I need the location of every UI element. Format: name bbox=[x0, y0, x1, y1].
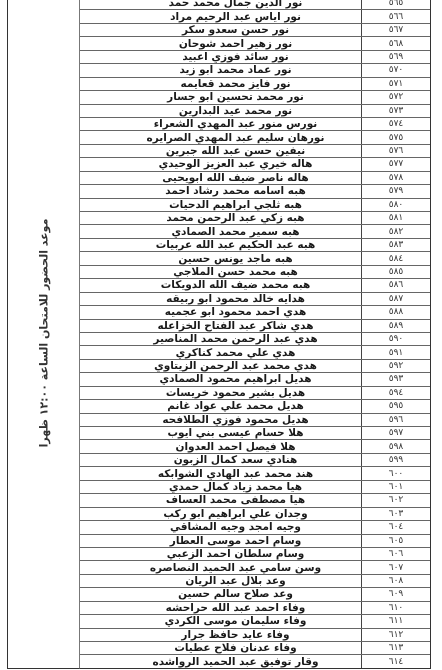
serial-number-cell: ٦٠٥ bbox=[361, 535, 430, 547]
student-name-cell: وعد بلال عبد الريان bbox=[80, 575, 361, 587]
student-name-cell: هدي محمد عبد الرحمن الزيتاوي bbox=[80, 360, 361, 372]
student-name-cell: هبه زكي عبد الرحمن محمد bbox=[80, 212, 361, 224]
serial-number-cell: ٥٩٥ bbox=[361, 400, 430, 412]
table-row: هدي علي محمد كناكري٥٩١ bbox=[80, 345, 430, 358]
student-name-cell: نور اياس عبد الرحيم مراد bbox=[80, 10, 361, 22]
serial-number-cell: ٥٧٦ bbox=[361, 145, 430, 157]
table-row: نور زهير احمد شوحان٥٦٨ bbox=[80, 36, 430, 49]
serial-number-cell: ٥٨٦ bbox=[361, 279, 430, 291]
student-name-cell: نور الدين جمال محمد حمد bbox=[80, 0, 361, 9]
student-name-cell: نورهان سليم عبد المهدي الصرايره bbox=[80, 131, 361, 143]
student-name-cell: هدي عبد الرحمن محمد المناصير bbox=[80, 333, 361, 345]
table-row: نور الدين جمال محمد حمد٥٦٥ bbox=[80, 0, 430, 9]
student-name-cell: نور حسن سعدو سكر bbox=[80, 24, 361, 36]
student-name-cell: هلا حسام عيسى بني ايوب bbox=[80, 427, 361, 439]
serial-number-cell: ٦٠٤ bbox=[361, 521, 430, 533]
serial-number-cell: ٥٧٥ bbox=[361, 131, 430, 143]
table-row: هيا مصطفى محمد العساف٦٠٢ bbox=[80, 493, 430, 506]
student-name-cell: هبه سمير محمد الصمادي bbox=[80, 225, 361, 237]
table-row: هند محمد عبد الهادي الشوابكه٦٠٠ bbox=[80, 466, 430, 479]
student-name-cell: هبه عبد الحكيم عبد الله عربيات bbox=[80, 239, 361, 251]
table-row: وفاء عدنان فلاح عطيات٦١٣ bbox=[80, 641, 430, 654]
serial-number-cell: ٦١٤ bbox=[361, 655, 430, 667]
student-name-cell: وجدان علي ابراهيم ابو ركب bbox=[80, 508, 361, 520]
serial-number-cell: ٥٧٧ bbox=[361, 158, 430, 170]
table-row: نور اياس عبد الرحيم مراد٥٦٦ bbox=[80, 9, 430, 22]
serial-number-cell: ٦١٠ bbox=[361, 602, 430, 614]
table-row: هدي شاكر عبد الفتاح الخزاعله٥٨٩ bbox=[80, 319, 430, 332]
serial-number-cell: ٦١٢ bbox=[361, 629, 430, 641]
serial-number-cell: ٦٠٢ bbox=[361, 494, 430, 506]
serial-number-cell: ٥٩٧ bbox=[361, 427, 430, 439]
student-name-cell: وعد صلاح سالم حسين bbox=[80, 588, 361, 600]
student-name-cell: نورس منور عبد المهدي الشعراء bbox=[80, 118, 361, 130]
student-name-cell: هبه ماجد يونس حسين bbox=[80, 252, 361, 264]
side-note-box: موعد الحضور للامتحان الساعة ١٢:٠٠ ظهرا bbox=[7, 0, 80, 669]
table-row: هدي عبد الرحمن محمد المناصير٥٩٠ bbox=[80, 332, 430, 345]
serial-number-cell: ٥٧١ bbox=[361, 78, 430, 90]
table-row: نور عماد محمد ابو زيد٥٧٠ bbox=[80, 63, 430, 76]
table-row: هاله خيري عبد العزيز الوحيدي٥٧٧ bbox=[80, 157, 430, 170]
student-name-cell: وسام احمد موسى العطار bbox=[80, 535, 361, 547]
student-name-cell: هدي علي محمد كناكري bbox=[80, 346, 361, 358]
table-row: نورهان سليم عبد المهدي الصرايره٥٧٥ bbox=[80, 130, 430, 143]
table-row: وسام احمد موسى العطار٦٠٥ bbox=[80, 534, 430, 547]
student-name-cell: نور زهير احمد شوحان bbox=[80, 37, 361, 49]
student-name-cell: نور فايز محمد قعايمه bbox=[80, 78, 361, 90]
serial-number-cell: ٥٨٩ bbox=[361, 320, 430, 332]
serial-number-cell: ٥٩٨ bbox=[361, 440, 430, 452]
table-row: نور محمد عيد البدارين٥٧٣ bbox=[80, 104, 430, 117]
table-row: وجدان علي ابراهيم ابو ركب٦٠٣ bbox=[80, 507, 430, 520]
table-row: نور سائد فوزي اعبيد٥٦٩ bbox=[80, 50, 430, 63]
table-row: نور محمد تحسين ابو جسار٥٧٢ bbox=[80, 90, 430, 103]
serial-number-cell: ٥٩٢ bbox=[361, 360, 430, 372]
serial-number-cell: ٥٦٨ bbox=[361, 37, 430, 49]
serial-number-cell: ٦٠٨ bbox=[361, 575, 430, 587]
serial-number-cell: ٥٨٣ bbox=[361, 239, 430, 251]
table-row: هيا محمد زياد كمال حمدي٦٠١ bbox=[80, 480, 430, 493]
serial-number-cell: ٥٨٤ bbox=[361, 252, 430, 264]
student-name-cell: هند محمد عبد الهادي الشوابكه bbox=[80, 467, 361, 479]
serial-number-cell: ٥٨٠ bbox=[361, 199, 430, 211]
table-row: هلا حسام عيسى بني ايوب٥٩٧ bbox=[80, 426, 430, 439]
table-row: هدايه خالد محمود ابو ربيقه٥٨٧ bbox=[80, 292, 430, 305]
serial-number-cell: ٥٩٤ bbox=[361, 387, 430, 399]
serial-number-cell: ٦١٣ bbox=[361, 642, 430, 654]
table-row: هلا فيصل احمد العدوان٥٩٨ bbox=[80, 439, 430, 452]
serial-number-cell: ٥٧٣ bbox=[361, 105, 430, 117]
document-sheet: موعد الحضور للامتحان الساعة ١٢:٠٠ ظهرا ن… bbox=[7, 0, 431, 669]
student-name-cell: نور محمد تحسين ابو جسار bbox=[80, 91, 361, 103]
table-row: وفاء سليمان موسى الكردي٦١١ bbox=[80, 614, 430, 627]
serial-number-cell: ٥٦٦ bbox=[361, 10, 430, 22]
student-name-cell: هلا فيصل احمد العدوان bbox=[80, 440, 361, 452]
student-name-cell: هنادي سعد كمال الزبون bbox=[80, 454, 361, 466]
student-name-cell: هديل محمود فوزي الطلافحه bbox=[80, 414, 361, 426]
student-name-cell: هاله خيري عبد العزيز الوحيدي bbox=[80, 158, 361, 170]
table-row: وعد بلال عبد الريان٦٠٨ bbox=[80, 574, 430, 587]
table-row: هبه زكي عبد الرحمن محمد٥٨١ bbox=[80, 211, 430, 224]
table-row: نور فايز محمد قعايمه٥٧١ bbox=[80, 77, 430, 90]
student-name-cell: هبه محمد ضيف الله الدويكات bbox=[80, 279, 361, 291]
table-row: هبه ماجد يونس حسين٥٨٤ bbox=[80, 251, 430, 264]
serial-number-cell: ٥٧٨ bbox=[361, 172, 430, 184]
student-name-cell: هدي احمد محمود ابو عجميه bbox=[80, 306, 361, 318]
attendance-time-note: موعد الحضور للامتحان الساعة ١٢:٠٠ ظهرا bbox=[37, 218, 50, 447]
serial-number-cell: ٥٩٠ bbox=[361, 333, 430, 345]
table-row: هبه اسامه محمد رشاد احمد٥٧٩ bbox=[80, 184, 430, 197]
student-name-cell: هبه محمد حسن الملاجي bbox=[80, 266, 361, 278]
serial-number-cell: ٦٠٩ bbox=[361, 588, 430, 600]
student-name-cell: نيفين حسن عبد الله جبرين bbox=[80, 145, 361, 157]
table-row: هنادي سعد كمال الزبون٥٩٩ bbox=[80, 453, 430, 466]
table-row: هبه محمد حسن الملاجي٥٨٥ bbox=[80, 265, 430, 278]
student-name-cell: وفاء سليمان موسى الكردي bbox=[80, 615, 361, 627]
serial-number-cell: ٥٩٦ bbox=[361, 414, 430, 426]
student-name-cell: وسام سلطان احمد الزعبي bbox=[80, 548, 361, 560]
table-row: هديل ابراهيم محمود الصمادي٥٩٣ bbox=[80, 372, 430, 385]
serial-number-cell: ٦٠٣ bbox=[361, 508, 430, 520]
serial-number-cell: ٥٧٤ bbox=[361, 118, 430, 130]
serial-number-cell: ٥٩٣ bbox=[361, 373, 430, 385]
serial-number-cell: ٥٨٨ bbox=[361, 306, 430, 318]
student-name-cell: وسن سامي عبد الحميد النصاصره bbox=[80, 561, 361, 573]
table-row: وعد صلاح سالم حسين٦٠٩ bbox=[80, 587, 430, 600]
student-name-cell: هديل بشير محمود خريسات bbox=[80, 387, 361, 399]
student-name-cell: وفاء عايد حافظ جرار bbox=[80, 629, 361, 641]
serial-number-cell: ٦٠٠ bbox=[361, 467, 430, 479]
table-row: وقار توفيق عبد الحميد الرواشده٦١٤ bbox=[80, 654, 430, 667]
student-name-cell: هبه اسامه محمد رشاد احمد bbox=[80, 185, 361, 197]
student-name-cell: وفاء عدنان فلاح عطيات bbox=[80, 642, 361, 654]
table-row: وجيه امجد وجيه المشاقي٦٠٤ bbox=[80, 520, 430, 533]
student-name-cell: هيا محمد زياد كمال حمدي bbox=[80, 481, 361, 493]
student-name-cell: نور محمد عيد البدارين bbox=[80, 105, 361, 117]
table-row: هدي احمد محمود ابو عجميه٥٨٨ bbox=[80, 305, 430, 318]
student-name-cell: هاله ناصر ضيف الله ابويحيى bbox=[80, 172, 361, 184]
student-name-cell: نور عماد محمد ابو زيد bbox=[80, 64, 361, 76]
serial-number-cell: ٥٧٠ bbox=[361, 64, 430, 76]
table-row: هديل بشير محمود خريسات٥٩٤ bbox=[80, 386, 430, 399]
table-row: وسن سامي عبد الحميد النصاصره٦٠٧ bbox=[80, 560, 430, 573]
table-row: هديل محمود فوزي الطلافحه٥٩٦ bbox=[80, 413, 430, 426]
serial-number-cell: ٥٦٧ bbox=[361, 24, 430, 36]
serial-number-cell: ٥٨٢ bbox=[361, 225, 430, 237]
serial-number-cell: ٦٠١ bbox=[361, 481, 430, 493]
student-name-cell: هيا مصطفى محمد العساف bbox=[80, 494, 361, 506]
table-row: هبه ثلجي ابراهيم الدحيات٥٨٠ bbox=[80, 198, 430, 211]
serial-number-cell: ٥٩١ bbox=[361, 346, 430, 358]
table-row: وسام سلطان احمد الزعبي٦٠٦ bbox=[80, 547, 430, 560]
serial-number-cell: ٦١١ bbox=[361, 615, 430, 627]
table-row: نيفين حسن عبد الله جبرين٥٧٦ bbox=[80, 144, 430, 157]
serial-number-cell: ٥٦٩ bbox=[361, 51, 430, 63]
student-name-cell: وفاء احمد عبد الله حراحشه bbox=[80, 602, 361, 614]
table-row: هبه عبد الحكيم عبد الله عربيات٥٨٣ bbox=[80, 238, 430, 251]
student-name-cell: وجيه امجد وجيه المشاقي bbox=[80, 521, 361, 533]
serial-number-cell: ٥٧٢ bbox=[361, 91, 430, 103]
student-name-cell: هديل محمد علي عواد غانم bbox=[80, 400, 361, 412]
serial-number-cell: ٥٨٥ bbox=[361, 266, 430, 278]
table-row: نورس منور عبد المهدي الشعراء٥٧٤ bbox=[80, 117, 430, 130]
serial-number-cell: ٥٧٩ bbox=[361, 185, 430, 197]
student-name-cell: هدايه خالد محمود ابو ربيقه bbox=[80, 293, 361, 305]
student-name-cell: هديل ابراهيم محمود الصمادي bbox=[80, 373, 361, 385]
table-row: نور حسن سعدو سكر٥٦٧ bbox=[80, 23, 430, 36]
student-name-cell: هبه ثلجي ابراهيم الدحيات bbox=[80, 199, 361, 211]
table-row: هبه محمد ضيف الله الدويكات٥٨٦ bbox=[80, 278, 430, 291]
serial-number-cell: ٦٠٧ bbox=[361, 561, 430, 573]
table-row: هديل محمد علي عواد غانم٥٩٥ bbox=[80, 399, 430, 412]
serial-number-cell: ٥٦٥ bbox=[361, 0, 430, 9]
serial-number-cell: ٥٩٩ bbox=[361, 454, 430, 466]
student-name-cell: نور سائد فوزي اعبيد bbox=[80, 51, 361, 63]
student-name-cell: وقار توفيق عبد الحميد الرواشده bbox=[80, 655, 361, 667]
table-row: وفاء احمد عبد الله حراحشه٦١٠ bbox=[80, 601, 430, 614]
student-name-cell: هدي شاكر عبد الفتاح الخزاعله bbox=[80, 320, 361, 332]
serial-number-cell: ٥٨٧ bbox=[361, 293, 430, 305]
table-row: هبه سمير محمد الصمادي٥٨٢ bbox=[80, 224, 430, 237]
table-row: هاله ناصر ضيف الله ابويحيى٥٧٨ bbox=[80, 171, 430, 184]
serial-number-cell: ٦٠٦ bbox=[361, 548, 430, 560]
serial-number-cell: ٥٨١ bbox=[361, 212, 430, 224]
names-table: نور الدين جمال محمد حمد٥٦٥نور اياس عبد ا… bbox=[80, 0, 431, 669]
table-row: هدي محمد عبد الرحمن الزيتاوي٥٩٢ bbox=[80, 359, 430, 372]
table-row: وفاء عايد حافظ جرار٦١٢ bbox=[80, 628, 430, 641]
